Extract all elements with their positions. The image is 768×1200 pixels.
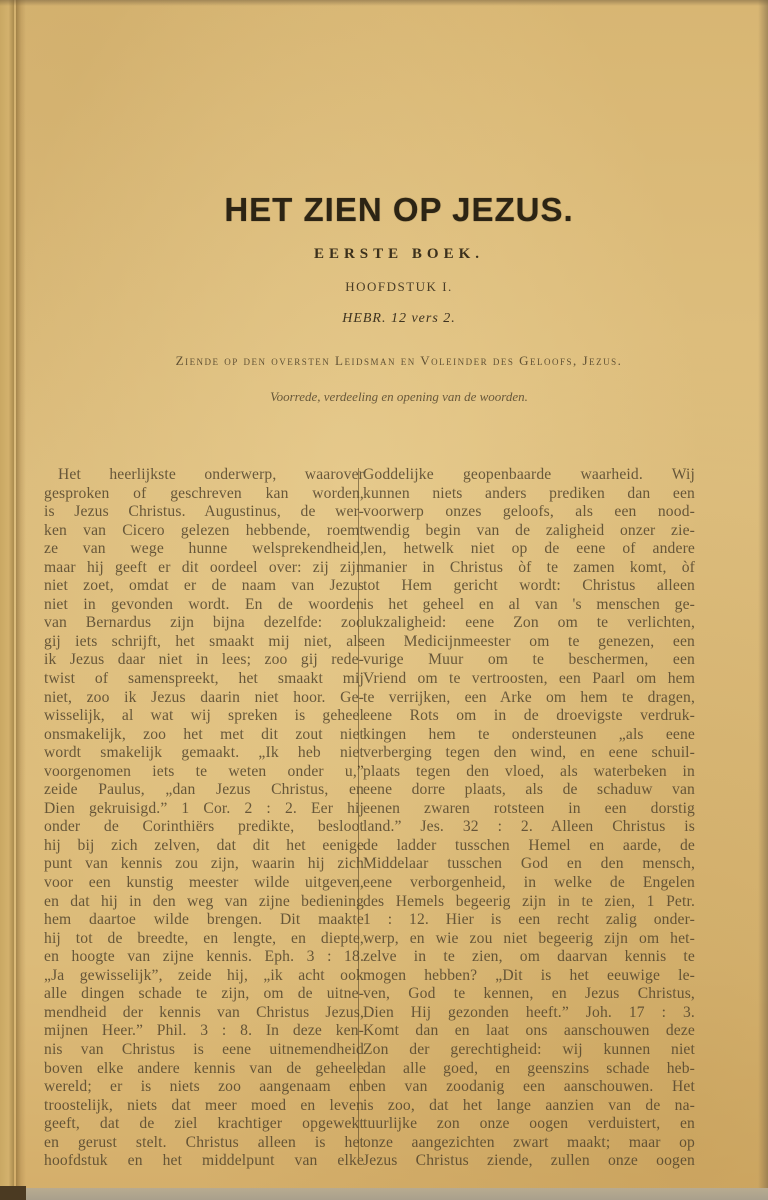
text-line: hoofdstuk en het middelpunt van elke <box>44 1152 364 1171</box>
text-line: verberging tegen den wind, en eene schui… <box>363 744 695 763</box>
text-line: tuurlijke zon onze oogen verduistert, en <box>363 1115 695 1134</box>
text-line: ik Jezus daar niet in lees; zoo gij rede… <box>44 651 364 670</box>
text-line: Jezus Christus ziende, zullen onze oogen <box>363 1152 695 1171</box>
text-line: plaats tegen den vloed, als waterbeken i… <box>363 763 695 782</box>
text-line: en gerust stelt. Christus alleen is het <box>44 1134 364 1153</box>
text-line: ven, God te kennen, en Jezus Christus, <box>363 985 695 1004</box>
text-line: wereld; er is niets zoo aangenaam en <box>44 1078 364 1097</box>
book-heading: EERSTE BOEK. <box>0 244 768 264</box>
text-line: ben van zoodanig een aanschouwen. Het <box>363 1078 695 1097</box>
section-intro: Voorrede, verdeeling en opening van de w… <box>0 388 768 406</box>
text-line: kingen hem te ondersteunen „als eene <box>363 726 695 745</box>
text-line: niet, zoo ik Jezus daarin niet hoor. Ge- <box>44 689 364 708</box>
right-column: Goddelijke geopenbaarde waarheid. Wij ku… <box>363 466 695 1171</box>
text-line: des Hemels begeerig zijn in te zien, 1 P… <box>363 893 695 912</box>
text-line: lukzaligheid: eene Zon om te verlichten, <box>363 614 695 633</box>
text-line: voorwerp onzes geloofs, als een nood- <box>363 503 695 522</box>
text-line: mijnen Heer.” Phil. 3 : 8. In deze ken- <box>44 1022 364 1041</box>
text-line: wordt smakelijk gemaakt. „Ik heb niet <box>44 744 364 763</box>
text-line: Vriend om te vertroosten, een Paarl om h… <box>363 670 695 689</box>
text-line: Zon der gerechtigheid: wij kunnen niet <box>363 1041 695 1060</box>
text-line: dan alle goed, en geenszins schade heb- <box>363 1060 695 1079</box>
chapter-subtitle: Ziende op den oversten Leidsman en Volei… <box>0 352 768 370</box>
body-text: Het heerlijkste onderwerp, waarover gesp… <box>44 466 704 1154</box>
text-line: eene verborgenheid, in welke de Engelen <box>363 874 695 893</box>
text-line: Komt dan en laat ons aanschouwen deze <box>363 1022 695 1041</box>
text-line: vurige Muur om te beschermen, een <box>363 651 695 670</box>
text-line: onsmakelijk, zoo het met dit zout niet <box>44 726 364 745</box>
page-headings: HET ZIEN OP JEZUS. EERSTE BOEK. HOOFDSTU… <box>0 190 768 406</box>
text-line: eenen zwaren rotsteen in een dorstig <box>363 800 695 819</box>
text-line: Middelaar tusschen God en den mensch, <box>363 855 695 874</box>
text-line: voorgenomen iets te weten onder u,” <box>44 763 364 782</box>
text-line: onder de Corinthiërs predikte, besloot <box>44 818 364 837</box>
text-line: zeide Paulus, „dan Jezus Christus, en <box>44 781 364 800</box>
scanned-page: HET ZIEN OP JEZUS. EERSTE BOEK. HOOFDSTU… <box>0 0 768 1200</box>
text-line: eene Rots om in de droevigste verdruk- <box>363 707 695 726</box>
scripture-reference: HEBR. 12 vers 2. <box>0 310 768 328</box>
text-line: een Medicijnmeester om te genezen, een <box>363 633 695 652</box>
text-line: hij tot de breedte, en lengte, en diepte… <box>44 930 364 949</box>
text-line: manier in Christus òf te zamen komt, òf <box>363 559 695 578</box>
page-title: HET ZIEN OP JEZUS. <box>0 190 768 230</box>
right-edge-shadow <box>758 0 768 1200</box>
text-line: gesproken of geschreven kan worden, <box>44 485 364 504</box>
text-line: land.” Jes. 32 : 2. Alleen Christus is <box>363 818 695 837</box>
text-line: te verrijken, een Arke om hem te dragen, <box>363 689 695 708</box>
text-line: zelve in te zien, om daarvan kennis te <box>363 948 695 967</box>
text-line: niet zoet, omdat er de naam van Jezus <box>44 577 364 596</box>
text-line: Dien Hij gezonden heeft.” Joh. 17 : 3. <box>363 1004 695 1023</box>
text-line: „Ja gewisselijk”, zeide hij, „ik acht oo… <box>44 967 364 986</box>
text-line: de ladder tusschen Hemel en aarde, de <box>363 837 695 856</box>
text-line: maar hij geeft er dit oordeel over: zij … <box>44 559 364 578</box>
text-line: twist of samenspreekt, het smaakt mij <box>44 670 364 689</box>
text-line: hij bij zich zelven, dat dit het eenige <box>44 837 364 856</box>
top-edge-shadow <box>0 0 768 6</box>
text-line: boven elke andere kennis van de geheele <box>44 1060 364 1079</box>
text-line: ze van wege hunne welsprekendheid, <box>44 540 364 559</box>
text-line: Goddelijke geopenbaarde waarheid. Wij <box>363 466 695 485</box>
text-line: voor een kunstig meester wilde uitgeven, <box>44 874 364 893</box>
column-divider <box>358 468 359 1158</box>
text-line: is het geheel en al van 's menschen ge- <box>363 596 695 615</box>
text-line: troostelijk, niets dat meer moed en leve… <box>44 1097 364 1116</box>
text-line: mendheid der kennis van Christus Jezus, <box>44 1004 364 1023</box>
text-line: wisselijk, al wat wij spreken is geheel <box>44 707 364 726</box>
text-line: nis van Christus is eene uitnemendheid <box>44 1041 364 1060</box>
binding-edge <box>0 0 14 1200</box>
text-line: en hoogte van zijne kennis. Eph. 3 : 18. <box>44 948 364 967</box>
text-line: hem daartoe wilde brengen. Dit maakte <box>44 911 364 930</box>
scan-corner-shadow <box>0 1186 26 1200</box>
scan-bottom-background <box>0 1188 768 1200</box>
left-column: Het heerlijkste onderwerp, waarover gesp… <box>44 466 364 1171</box>
text-line: is zoo, dat het lange aanzien van de na- <box>363 1097 695 1116</box>
binding-fold-shadow <box>16 0 26 1200</box>
text-line: van Bernardus zijn bijna dezelfde: zoo <box>44 614 364 633</box>
text-line: 1 : 12. Hier is een recht zalig onder- <box>363 911 695 930</box>
text-line: kunnen niets anders prediken dan een <box>363 485 695 504</box>
text-line: alle dingen schade te zijn, om de uitne- <box>44 985 364 1004</box>
text-line: Het heerlijkste onderwerp, waarover <box>44 466 364 485</box>
text-line: niet in gevonden wordt. En de woorden <box>44 596 364 615</box>
text-line: len, hetwelk niet op de eene of andere <box>363 540 695 559</box>
chapter-heading: HOOFDSTUK I. <box>0 278 768 296</box>
text-line: tot Hem gericht wordt: Christus alleen <box>363 577 695 596</box>
text-line: gij iets schrijft, het smaakt mij niet, … <box>44 633 364 652</box>
text-line: wendig begin van de zaligheid onzer zie- <box>363 522 695 541</box>
text-line: werp, en wie zou niet begeerig zijn om h… <box>363 930 695 949</box>
text-line: geeft, dat de ziel krachtiger opgewekt <box>44 1115 364 1134</box>
text-line: Dien gekruisigd.” 1 Cor. 2 : 2. Eer hij <box>44 800 364 819</box>
text-line: en dat hij in den weg van zijne bedienin… <box>44 893 364 912</box>
text-line: eene dorre plaats, als de schaduw van <box>363 781 695 800</box>
text-line: onze aangezichten zwart maakt; maar op <box>363 1134 695 1153</box>
text-line: ken van Cicero gelezen hebbende, roemt <box>44 522 364 541</box>
text-line: mogen hebben? „Dit is het eeuwige le- <box>363 967 695 986</box>
text-line: is Jezus Christus. Augustinus, de wer- <box>44 503 364 522</box>
text-line: punt van kennis zou zijn, waarin hij zic… <box>44 855 364 874</box>
